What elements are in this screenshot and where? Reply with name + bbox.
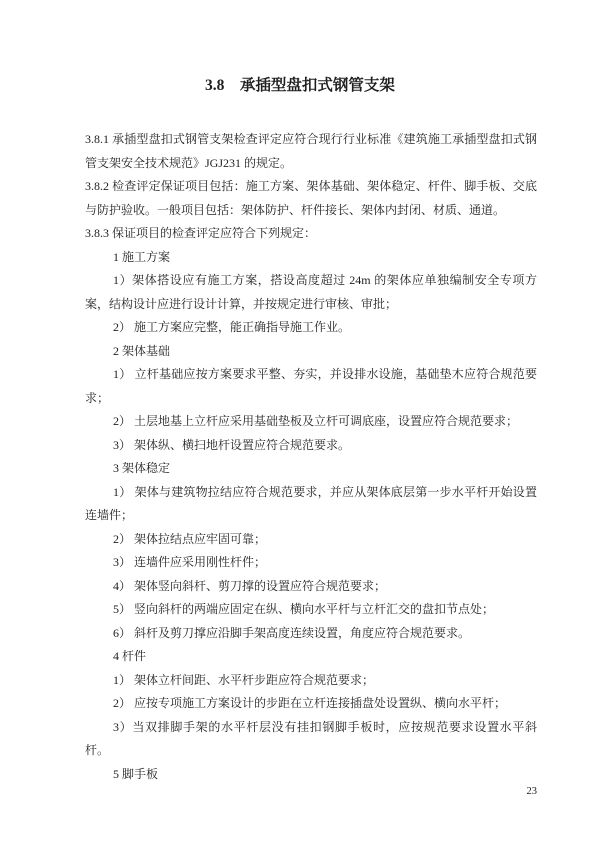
paragraph: 5） 竖向斜杆的两端应固定在纵、横向水平杆与立杆汇交的盘扣节点处； [85,598,537,622]
paragraph: 5 脚手板 [85,763,537,787]
paragraph: 1 施工方案 [85,246,537,270]
paragraph: 2 架体基础 [85,340,537,364]
paragraph: 2） 应按专项施工方案设计的步距在立杆连接插盘处设置纵、横向水平杆； [85,692,537,716]
page-title: 3.8 承插型盘扣式钢管支架 [0,76,600,96]
paragraph: 4） 架体竖向斜杆、剪刀撑的设置应符合规范要求； [85,575,537,599]
paragraph: 3） 连墙件应采用刚性杆件； [85,551,537,575]
paragraph: 2） 施工方案应完整，能正确指导施工作业。 [85,316,537,340]
paragraph: 1） 架体与建筑物拉结应符合规范要求，并应从架体底层第一步水平杆开始设置连墙件； [85,481,537,528]
document-body: 3.8.1 承插型盘扣式钢管支架检查评定应符合现行行业标准《建筑施工承插型盘扣式… [85,128,537,786]
paragraph: 1）架体搭设应有施工方案，搭设高度超过 24m 的架体应单独编制安全专项方案，结… [85,269,537,316]
paragraph: 6） 斜杆及剪刀撑应沿脚手架高度连续设置，角度应符合规范要求。 [85,622,537,646]
paragraph: 1） 架体立杆间距、水平杆步距应符合规范要求； [85,669,537,693]
paragraph: 3）当双排脚手架的水平杆层没有挂扣钢脚手板时，应按规范要求设置水平斜杆。 [85,716,537,763]
paragraph: 3） 架体纵、横扫地杆设置应符合规范要求。 [85,434,537,458]
paragraph: 1） 立杆基础应按方案要求平整、夯实，并设排水设施，基础垫木应符合规范要求； [85,363,537,410]
paragraph: 2） 土层地基上立杆应采用基础垫板及立杆可调底座，设置应符合规范要求； [85,410,537,434]
paragraph: 3.8.2 检查评定保证项目包括：施工方案、架体基础、架体稳定、杆件、脚手板、交… [85,175,537,222]
paragraph: 3 架体稳定 [85,457,537,481]
paragraph: 3.8.3 保证项目的检查评定应符合下列规定： [85,222,537,246]
document-page: 3.8 承插型盘扣式钢管支架 3.8.1 承插型盘扣式钢管支架检查评定应符合现行… [0,0,600,848]
paragraph: 2） 架体拉结点应牢固可靠； [85,528,537,552]
paragraph: 3.8.1 承插型盘扣式钢管支架检查评定应符合现行行业标准《建筑施工承插型盘扣式… [85,128,537,175]
page-number: 23 [527,785,538,798]
paragraph: 4 杆件 [85,645,537,669]
